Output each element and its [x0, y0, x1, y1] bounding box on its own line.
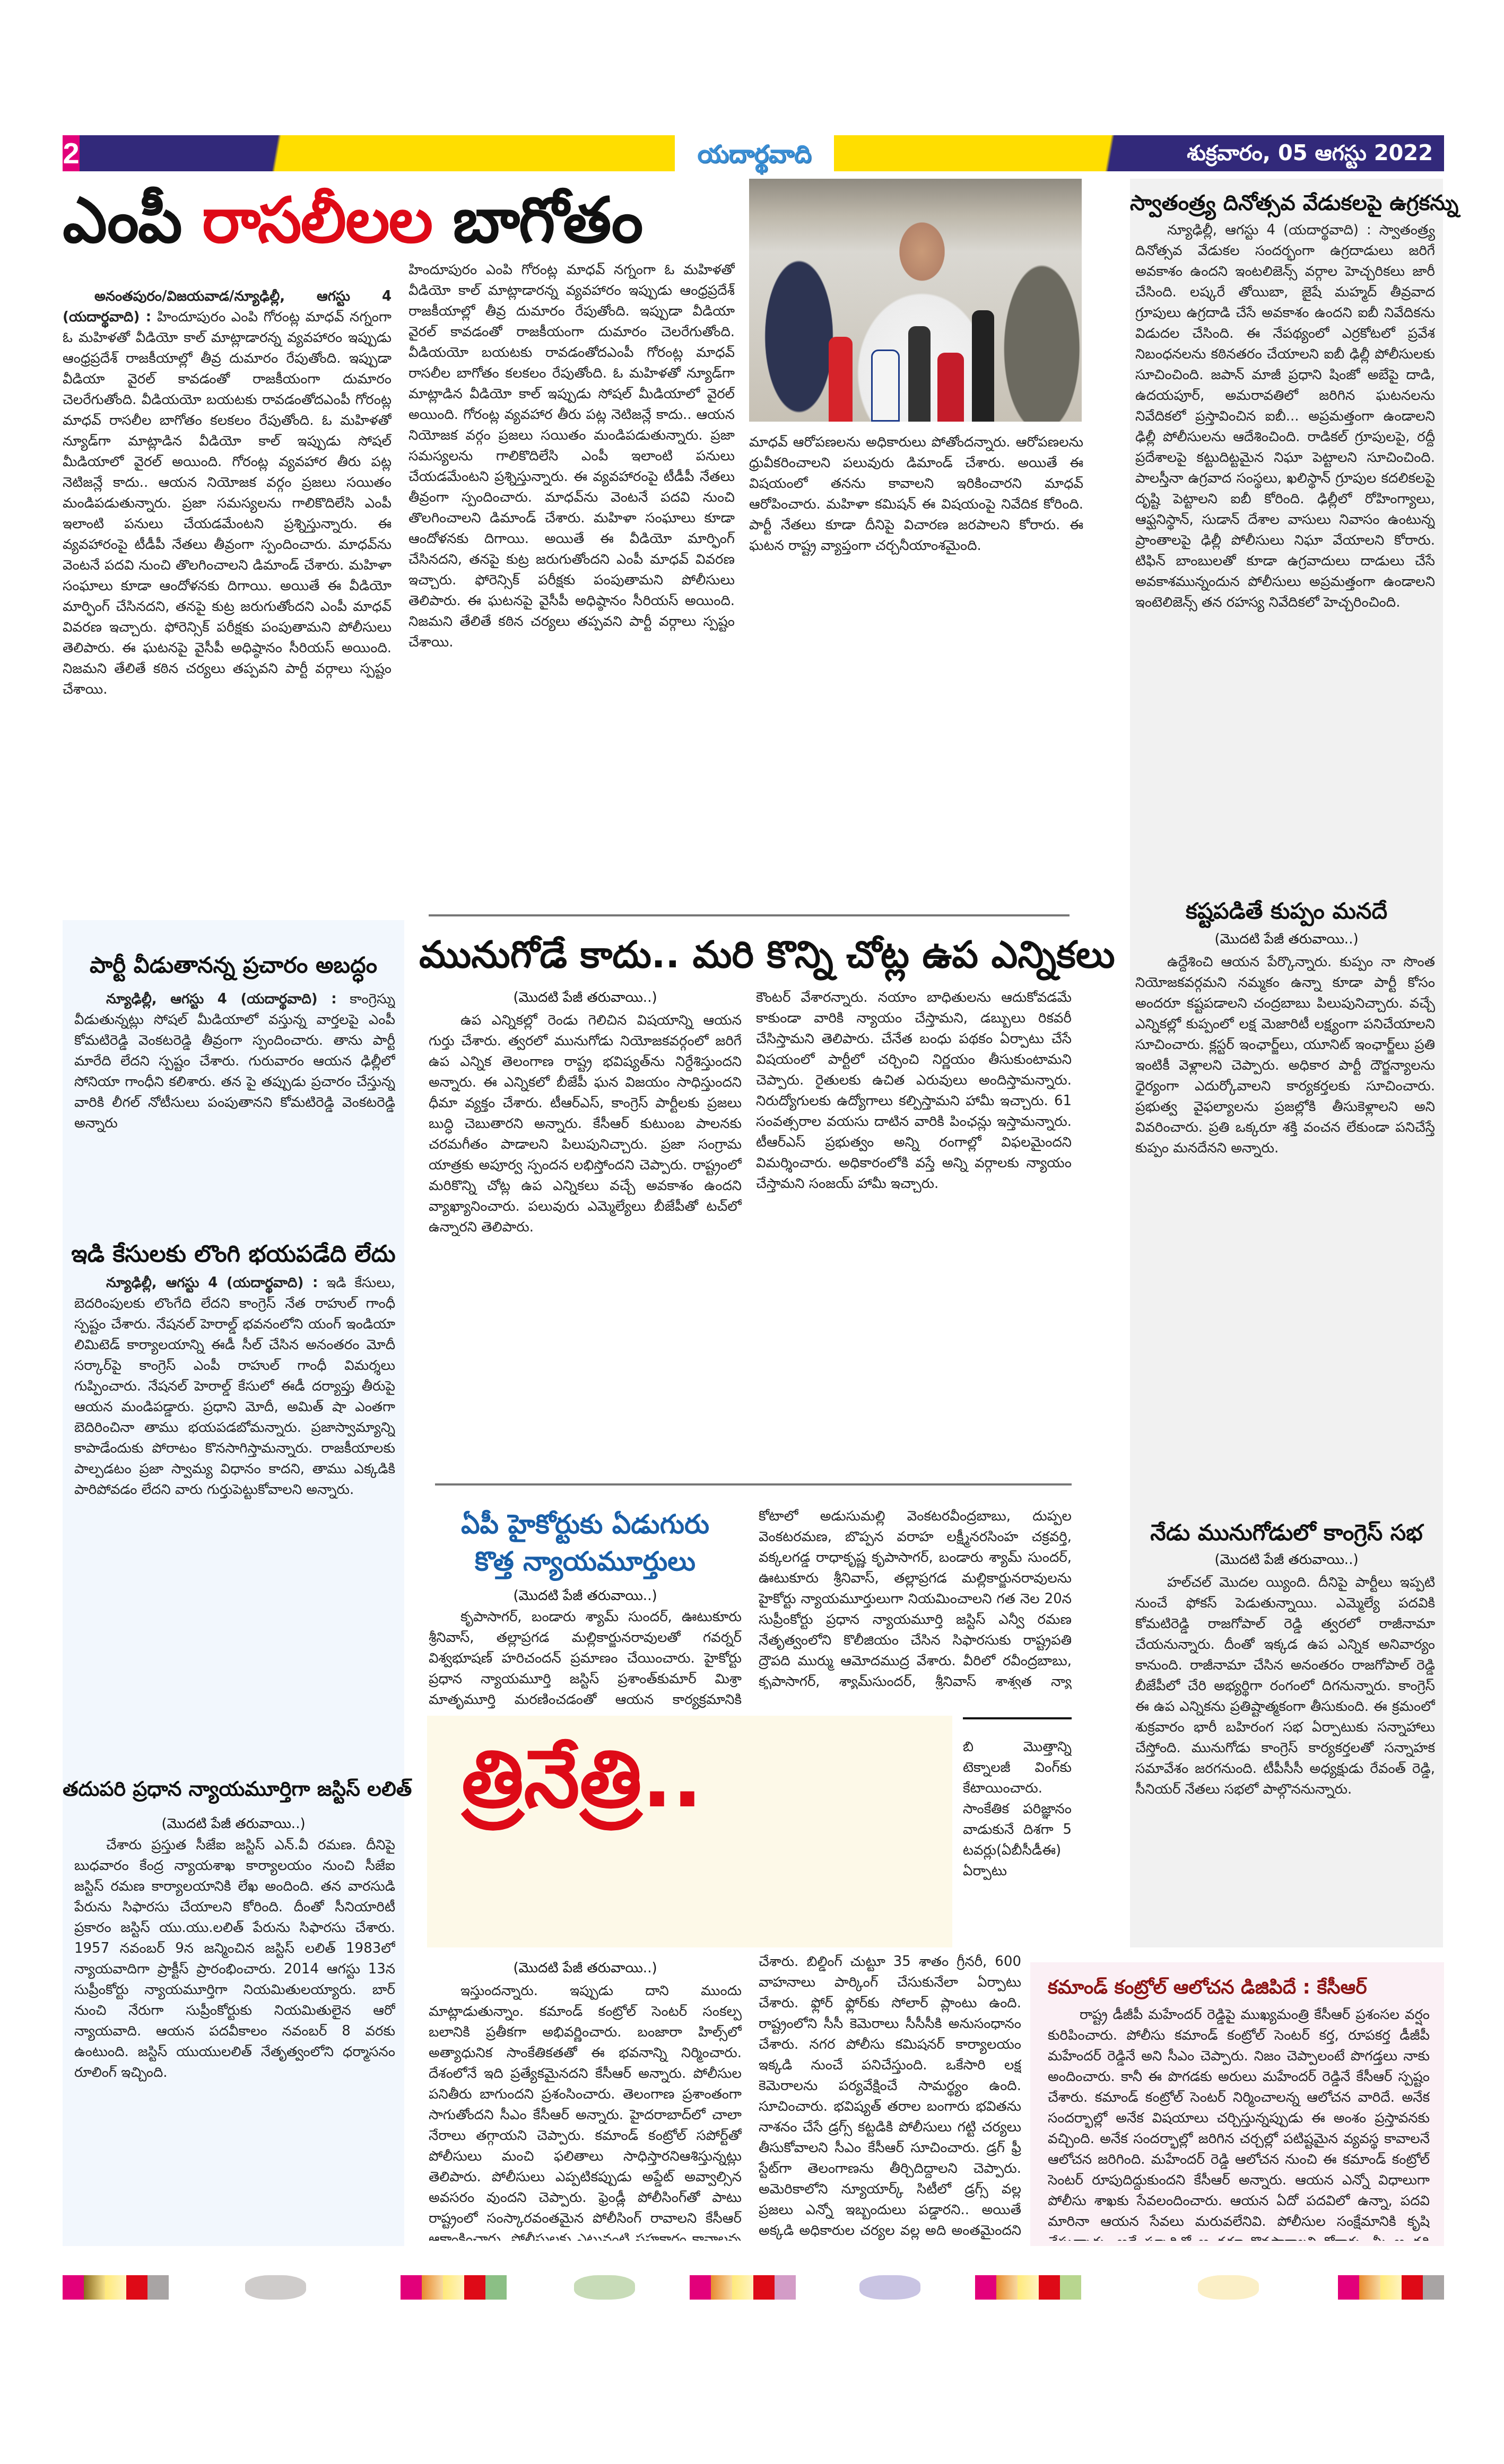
- lead-photo[interactable]: [749, 179, 1082, 422]
- microphone-icon: [908, 326, 931, 422]
- trinethri-text-b: చేశారు. బిల్డింగ్ చుట్టూ 35 శాతం గ్రీనరీ…: [759, 1952, 1021, 2241]
- left-story3-body: చేశారు ప్రస్తుత సీజేఐ జస్టిస్ ఎన్.వీ రమణ…: [74, 1835, 395, 2238]
- section-divider: [429, 914, 1070, 916]
- decorative-stripes: [401, 2275, 507, 2300]
- microphone-icon: [871, 349, 900, 422]
- lead-headline-part1: ఎంపీ: [63, 184, 181, 257]
- decorative-stripes: [690, 2275, 796, 2300]
- issue-date: శుక్రవారం, 05 ఆగస్టు 2022: [1187, 135, 1438, 171]
- lead-body-col2: హిందూపురం ఎంపి గోరంట్ల మాధవ్ నగ్నంగా ఓ మ…: [408, 260, 735, 653]
- center-story2-continued: (మొదటి పేజీ తరువాయి..): [429, 1586, 742, 1606]
- lead-story-col2: హిందూపురం ఎంపి గోరంట్ల మాధవ్ నగ్నంగా ఓ మ…: [408, 260, 735, 902]
- center-story1-body-a: ఉప ఎన్నికల్లో రెండు గెలిచిన విషయాన్ని ఆయ…: [429, 1010, 742, 1456]
- left-story1-dateline: న్యూఢిల్లీ, ఆగస్టు 4 (యదార్థవాది) :: [106, 991, 337, 1007]
- right-story3-text: హల్‌చల్ మొదల య్యింది. దీనిపై పార్టీలు ఇప…: [1135, 1572, 1435, 1800]
- right-story2-text: ఉద్దేశించి ఆయన పేర్కొన్నారు. కుప్పం నా స…: [1135, 952, 1435, 1159]
- decorative-stripes: [63, 2275, 169, 2300]
- lead-headline[interactable]: ఎంపీ రాసలీలల బాగోతం: [63, 183, 742, 257]
- header-band-left: [80, 135, 675, 171]
- lead-body: హిందూపురం ఎంపి గోరంట్ల మాధవ్ నగ్నంగా ఓ మ…: [63, 309, 392, 697]
- kcr-body: రాష్ట్ర డీజీపీ మహేందర్ రెడ్డిపై ముఖ్యమంత…: [1048, 2005, 1430, 2241]
- trinethri-body-a: ఇస్తుందన్నారు. ఇప్పుడు దాని ముందు మాట్లా…: [429, 1981, 742, 2241]
- center-story1-text-b: కౌంటర్ వేశారన్నారు. నయాం బాధితులను ఆదుకో…: [756, 988, 1072, 1194]
- left-story1-text: కాంగ్రెస్ను వీడుతున్నట్లు సోషల్ మీడియాలో…: [74, 991, 395, 1131]
- right-story1-dateline: న్యూఢిల్లీ, ఆగస్టు 4 (యదార్థవాది) :: [1167, 222, 1371, 238]
- trinethri-side-text: బి మొత్తాన్ని టెక్నాలజీ వింగ్‌కు కేటాయిం…: [963, 1737, 1072, 1945]
- lead-body-col3: మాధవ్ ఆరోపణలను అధికారులు పోతోందన్నారు. ఆ…: [749, 432, 1083, 556]
- newspaper-logo[interactable]: యదార్థవాది: [675, 133, 834, 180]
- center-story2-text-b: కోటాలో అడుసుమల్లి వెంకటరవీంద్రబాబు, దుప్…: [759, 1506, 1072, 1689]
- center-story1-headline[interactable]: మునుగోడే కాదు.. మరి కొన్ని చోట్ల ఉప ఎన్న…: [419, 925, 1082, 984]
- right-story2-headline[interactable]: కష్టపడితే కుప్పం మనదే: [1130, 896, 1443, 926]
- left-story2-dateline: న్యూఢిల్లీ, ఆగస్టు 4 (యదార్థవాది) :: [106, 1275, 318, 1291]
- right-story3-continued: (మొదటి పేజీ తరువాయి..): [1130, 1550, 1443, 1570]
- decorative-blob: [859, 2275, 920, 2300]
- trinethri-continued: (మొదటి పేజీ తరువాయి..): [429, 1958, 742, 1979]
- microphone-icon: [972, 310, 994, 422]
- trinethri-body-b: చేశారు. బిల్డింగ్ చుట్టూ 35 శాతం గ్రీనరీ…: [759, 1952, 1021, 2241]
- lead-headline-part2: రాసలీలల: [202, 184, 432, 257]
- right-story2-continued: (మొదటి పేజీ తరువాయి..): [1130, 929, 1443, 950]
- left-story3-headline[interactable]: తదుపరి ప్రధాన న్యాయమూర్తిగా జస్టిస్ లలిత…: [63, 1774, 404, 1804]
- right-story2-body: ఉద్దేశించి ఆయన పేర్కొన్నారు. కుప్పం నా స…: [1135, 952, 1435, 1509]
- center-story1-continued: (మొదటి పేజీ తరువాయి..): [429, 988, 742, 1008]
- right-story3-headline[interactable]: నేడు మునుగోడులో కాంగ్రెస్ సభ: [1130, 1518, 1443, 1548]
- right-story3-body: హల్‌చల్ మొదల య్యింది. దీనిపై పార్టీలు ఇప…: [1135, 1572, 1435, 1944]
- decorative-stripes: [1338, 2275, 1444, 2300]
- section-divider: [963, 1717, 1072, 1719]
- center-story2-text-a: కృపాసాగర్, బండారు శ్యామ్ సుందర్, ఊటుకూరు…: [429, 1607, 742, 1710]
- microphone-icon: [829, 337, 853, 422]
- left-story2-body: న్యూఢిల్లీ, ఆగస్టు 4 (యదార్థవాది) : ఇడి …: [74, 1273, 395, 1758]
- left-story2-text: ఇడి కేసులు, బెదరింపులకు లొంగేది లేదని కా…: [74, 1275, 395, 1498]
- left-story1-body: న్యూఢిల్లీ, ఆగస్టు 4 (యదార్థవాది) : కాంగ…: [74, 989, 395, 1228]
- right-story1-headline[interactable]: స్వాతంత్ర్య దినోత్సవ వేడుకలపై ఉగ్రకన్ను: [1130, 188, 1443, 218]
- right-story1-body: న్యూఢిల్లీ, ఆగస్టు 4 (యదార్థవాది) : స్వా…: [1135, 220, 1435, 838]
- decorative-blob: [1198, 2275, 1259, 2300]
- decorative-stripes: [975, 2275, 1081, 2300]
- trinethri-text-a: ఇస్తుందన్నారు. ఇప్పుడు దాని ముందు మాట్లా…: [429, 1981, 742, 2241]
- center-story1-text-a: ఉప ఎన్నికల్లో రెండు గెలిచిన విషయాన్ని ఆయ…: [429, 1010, 742, 1238]
- center-story2-headline-1[interactable]: ఏపీ హైకోర్టుకు ఏడుగురు: [429, 1506, 742, 1542]
- microphone-icon: [937, 353, 964, 422]
- center-story1-body-b: కౌంటర్ వేశారన్నారు. నయాం బాధితులను ఆదుకో…: [756, 988, 1072, 1456]
- trinethri-side-text-content: బి మొత్తాన్ని టెక్నాలజీ వింగ్‌కు కేటాయిం…: [963, 1737, 1072, 1882]
- page-number-badge: 2: [63, 135, 80, 171]
- lead-story-col3: మాధవ్ ఆరోపణలను అధికారులు పోతోందన్నారు. ఆ…: [749, 432, 1083, 902]
- left-story3-text: చేశారు ప్రస్తుత సీజేఐ జస్టిస్ ఎన్.వీ రమణ…: [74, 1835, 395, 2083]
- left-story3-continued: (మొదటి పేజీ తరువాయి..): [63, 1814, 404, 1834]
- left-story2-headline[interactable]: ఇడి కేసులకు లొంగి భయపడేది లేదు: [63, 1238, 404, 1270]
- kcr-text: రాష్ట్ర డీజీపీ మహేందర్ రెడ్డిపై ముఖ్యమంత…: [1048, 2005, 1430, 2241]
- left-story1-headline[interactable]: పార్టీ వీడుతానన్న ప్రచారం అబద్ధం: [63, 949, 404, 981]
- decorative-blob: [245, 2275, 306, 2300]
- center-story2-body-a: కృపాసాగర్, బండారు శ్యామ్ సుందర్, ఊటుకూరు…: [429, 1607, 742, 1710]
- center-story2-headline-2[interactable]: కొత్త న్యాయమూర్తులు: [429, 1543, 742, 1579]
- lead-headline-part3: బాగోతం: [453, 184, 642, 257]
- trinethri-headline[interactable]: త్రినేత్రి..: [462, 1729, 928, 1830]
- lead-story-col1: అనంతపురం/విజయవాడ/న్యూఢిల్లీ, ఆగస్టు 4 (య…: [63, 286, 392, 902]
- decorative-blob: [574, 2275, 635, 2300]
- center-story2-body-b: కోటాలో అడుసుమల్లి వెంకటరవీంద్రబాబు, దుప్…: [759, 1506, 1072, 1689]
- kcr-headline[interactable]: కమాండ్ కంట్రోల్ ఆలోచన డిజిపిదే : కేసీఆర్: [1048, 1973, 1440, 2003]
- right-story1-text: స్వాతంత్ర్య దినోత్సవ వేడుకల సందర్భంగా ఉగ…: [1135, 222, 1435, 610]
- section-divider: [435, 1483, 1072, 1486]
